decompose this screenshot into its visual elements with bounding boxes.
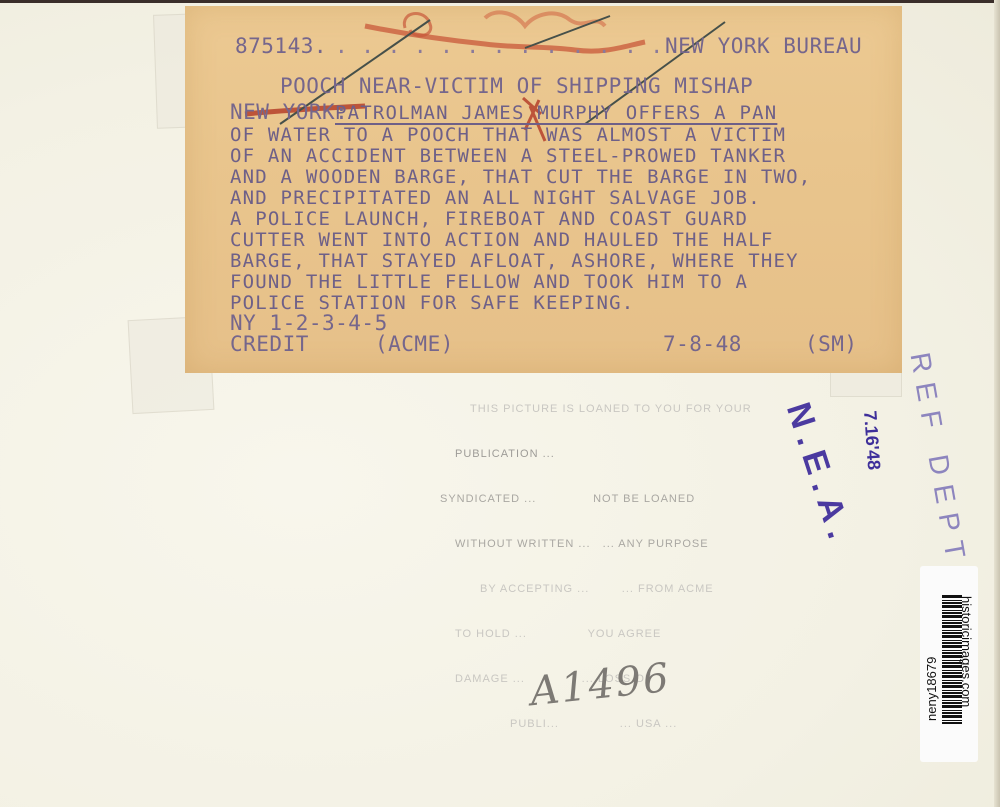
caption-serial: 875143. [235, 34, 327, 58]
caption-headline: POOCH NEAR-VICTIM OF SHIPPING MISHAP [280, 74, 753, 98]
caption-body-line-2: OF WATER TO A POOCH THAT WAS ALMOST A VI… [230, 124, 786, 146]
caption-bureau: NEW YORK BUREAU [665, 34, 862, 58]
acme-stamp-line: PUBLI... ... USA ... [440, 717, 752, 732]
caption-body-line-7: CUTTER WENT INTO ACTION AND HAULED THE H… [230, 229, 773, 251]
right-edge [994, 0, 1000, 807]
caption-body-line-9: FOUND THE LITTLE FELLOW AND TOOK HIM TO … [230, 271, 748, 293]
acme-stamp-line: PUBLICATION ... [440, 447, 752, 462]
acme-stamp-line: WITHOUT WRITTEN ... ... ANY PURPOSE [440, 537, 752, 552]
caption-initials: (SM) [805, 332, 858, 356]
caption-date: 7-8-48 [663, 332, 742, 356]
acme-stamp-line: SYNDICATED ... NOT BE LOANED [440, 492, 752, 507]
barcode-id: neny18679 [924, 657, 939, 721]
caption-body-line-5: AND PRECIPITATED AN ALL NIGHT SALVAGE JO… [230, 187, 761, 209]
acme-stamp-line: TO HOLD ... YOU AGREE [440, 627, 752, 642]
caption-dateline: NEW YORK: [230, 100, 348, 124]
received-date-stamp: 7.16'48 [859, 410, 884, 471]
caption-body-line-1: PATROLMAN JAMES MURPHY OFFERS A PAN [335, 102, 777, 124]
barcode-site: historicimages.com [959, 596, 974, 707]
caption-body-line-3: OF AN ACCIDENT BETWEEN A STEEL-PROWED TA… [230, 145, 786, 167]
caption-body-line-8: BARGE, THAT STAYED AFLOAT, ASHORE, WHERE… [230, 250, 799, 272]
caption-credit-value: (ACME) [375, 332, 454, 356]
caption-dots: . . . . . . . . . . . . . [335, 34, 664, 58]
caption-credit-label: CREDIT [230, 332, 309, 356]
barcode-label: historicimages.com neny18679 [920, 566, 978, 762]
top-edge [0, 0, 1000, 3]
caption-body-line-6: A POLICE LAUNCH, FIREBOAT AND COAST GUAR… [230, 208, 748, 230]
acme-stamp-line: BY ACCEPTING ... ... FROM ACME [440, 582, 752, 597]
acme-stamp-line: THIS PICTURE IS LOANED TO YOU FOR YOUR [440, 402, 752, 417]
caption-body-line-4: AND A WOODEN BARGE, THAT CUT THE BARGE I… [230, 166, 811, 188]
caption-slip: 875143. . . . . . . . . . . . . . NEW YO… [185, 6, 902, 373]
